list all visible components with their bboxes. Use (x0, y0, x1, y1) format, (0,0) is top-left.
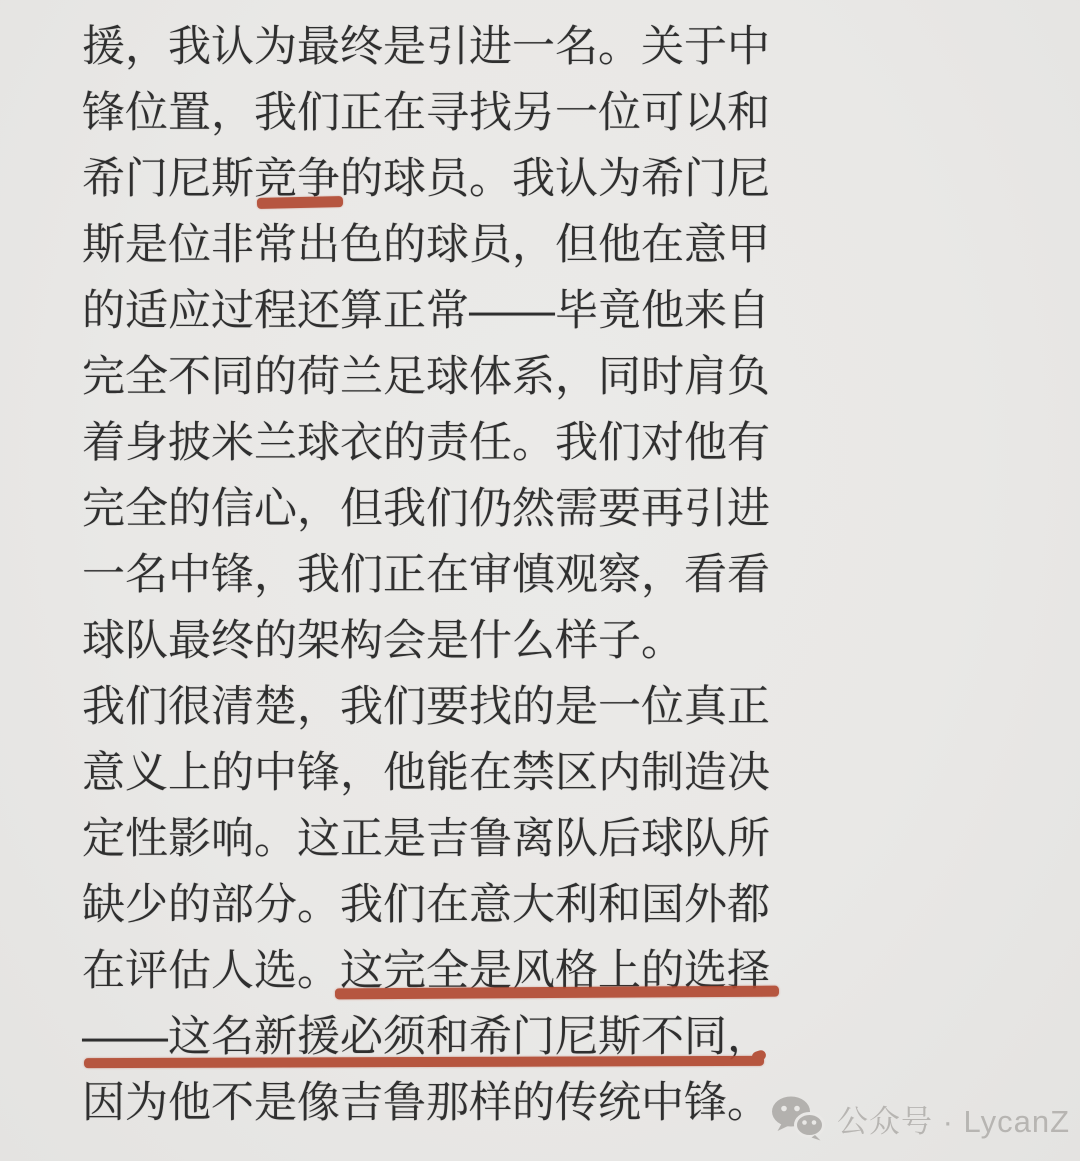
article-text: 援，我认为最终是引进一名。关于中 锋位置，我们正在寻找另一位可以和 希门尼斯竞争… (82, 14, 782, 1136)
text-line-4: 斯是位非常出色的球员，但他在意甲 (82, 212, 782, 278)
text-line-9: 一名中锋，我们正在审慎观察，看看 (82, 542, 782, 608)
watermark: 公众号 · LycanZ (770, 1094, 1070, 1142)
text-line-13: 定性影响。这正是吉鲁离队后球队所 (82, 806, 782, 872)
text-line-6: 完全不同的荷兰足球体系，同时肩负 (82, 344, 782, 410)
text-line-14: 缺少的部分。我们在意大利和国外都 (82, 872, 782, 938)
text-line-7: 着身披米兰球衣的责任。我们对他有 (82, 410, 782, 476)
text-line-1: 援，我认为最终是引进一名。关于中 (82, 14, 782, 80)
text-line-8: 完全的信心，但我们仍然需要再引进 (82, 476, 782, 542)
text-line-12: 意义上的中锋，他能在禁区内制造决 (82, 740, 782, 806)
text-line-11: 我们很清楚，我们要找的是一位真正 (82, 674, 782, 740)
red-underline-annotation-1 (257, 196, 343, 209)
watermark-label: 公众号 · LycanZ (837, 1096, 1070, 1141)
text-line-5: 的适应过程还算正常——毕竟他来自 (82, 278, 782, 344)
text-line-2: 锋位置，我们正在寻找另一位可以和 (82, 80, 782, 146)
text-line-10: 球队最终的架构会是什么样子。 (82, 608, 782, 674)
article-screenshot: 援，我认为最终是引进一名。关于中 锋位置，我们正在寻找另一位可以和 希门尼斯竞争… (0, 0, 1080, 1161)
text-line-3: 希门尼斯竞争的球员。我认为希门尼 (82, 146, 782, 212)
wechat-official-account-icon (770, 1095, 826, 1141)
text-line-17: 因为他不是像吉鲁那样的传统中锋。 (82, 1070, 782, 1136)
